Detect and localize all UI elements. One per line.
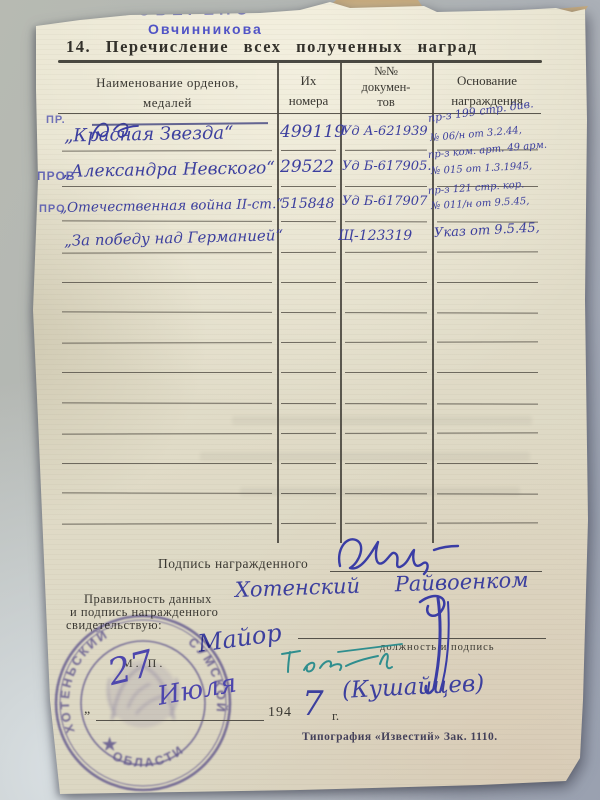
award-document: Уд Б-617905.: [342, 159, 431, 174]
award-name: „За победу над Германией“: [64, 226, 284, 250]
recipient-signature-label: Подпись награжденного: [158, 556, 308, 572]
year-suffix: г.: [332, 708, 339, 724]
award-basis-line1: пр-з ком. арт. 49 арм.: [428, 140, 548, 161]
table-row-line: [0, 251, 600, 255]
award-document: Уд Б-617907: [342, 194, 427, 209]
year-digit-handwriting: 7: [302, 684, 324, 724]
margin-stamp-fragment: ПРО: [39, 203, 66, 215]
table-row-line: [0, 311, 600, 315]
table-row-line: [0, 282, 600, 284]
bleed-through: [200, 452, 530, 461]
table-row-line: [0, 402, 600, 406]
date-quote-mark: „: [84, 702, 90, 718]
award-basis-line2: № 06/н от 3.2.44,: [430, 125, 523, 144]
table-row-line: [0, 522, 600, 526]
table-row-line: [0, 372, 600, 374]
stamp-star: ★: [102, 735, 120, 754]
paper-shadow-wrap: ПРОВЕРЕНО Овчинникова 14. Перечисление в…: [0, 0, 600, 800]
print-shop-imprint: Типография «Известий» Зак. 1110.: [302, 731, 498, 743]
award-basis-line2: № 011/н от 9.5.45,: [431, 196, 530, 212]
verification-stamp-checked: ПРОВЕРЕНО: [106, 1, 253, 20]
year-prefix: 194: [268, 705, 292, 721]
award-name: „Александра Невского“: [62, 158, 275, 182]
award-document: Щ-123319: [338, 228, 412, 244]
award-name: „Красная Звезда“: [64, 123, 234, 147]
header-name-column: Наименование орденов, медалей: [58, 73, 277, 112]
section-title: 14. Перечисление всех полученных наград: [66, 37, 478, 57]
margin-stamp-fragment: ПРОВ: [37, 169, 75, 183]
table-row-line: [0, 463, 600, 465]
stamp-arc-bottom-text: ОБЛАСТИ: [110, 742, 187, 770]
verification-stamp-surname: Овчинникова: [148, 21, 263, 37]
award-basis-line2: № 015 от 1.3.1945,: [431, 161, 533, 177]
bleed-through: [240, 487, 520, 496]
table-row-line: [0, 432, 600, 436]
award-basis-line1: Указ от 9.5.45,: [434, 220, 541, 241]
award-number: 29522: [280, 157, 334, 177]
paper-sheet: ПРОВЕРЕНО Овчинникова 14. Перечисление в…: [0, 0, 600, 800]
margin-stamp-fragment: ПР.: [46, 114, 66, 126]
award-document: Уд А-621939: [342, 124, 428, 139]
table-top-rule: [58, 60, 542, 63]
award-name: „Отечественная война II-ст.“: [60, 196, 283, 216]
award-number: 499119: [280, 122, 345, 142]
header-document-column: №№ докумен- тов: [340, 64, 432, 111]
date-line: [96, 720, 264, 721]
header-number-column: Их номера: [277, 71, 340, 111]
table-column-line: [277, 62, 279, 543]
table-row-line: [0, 341, 600, 345]
award-number: 515848: [281, 196, 334, 212]
photo-of-document: { "ink": { "handwriting_blue": "#3c3f9e"…: [0, 0, 600, 800]
award-basis-line1: пр-з 121 стр. кор.: [428, 179, 525, 197]
bleed-through: [232, 416, 532, 425]
certifier-handwriting: Хотенский Райвоенком: [235, 568, 529, 602]
